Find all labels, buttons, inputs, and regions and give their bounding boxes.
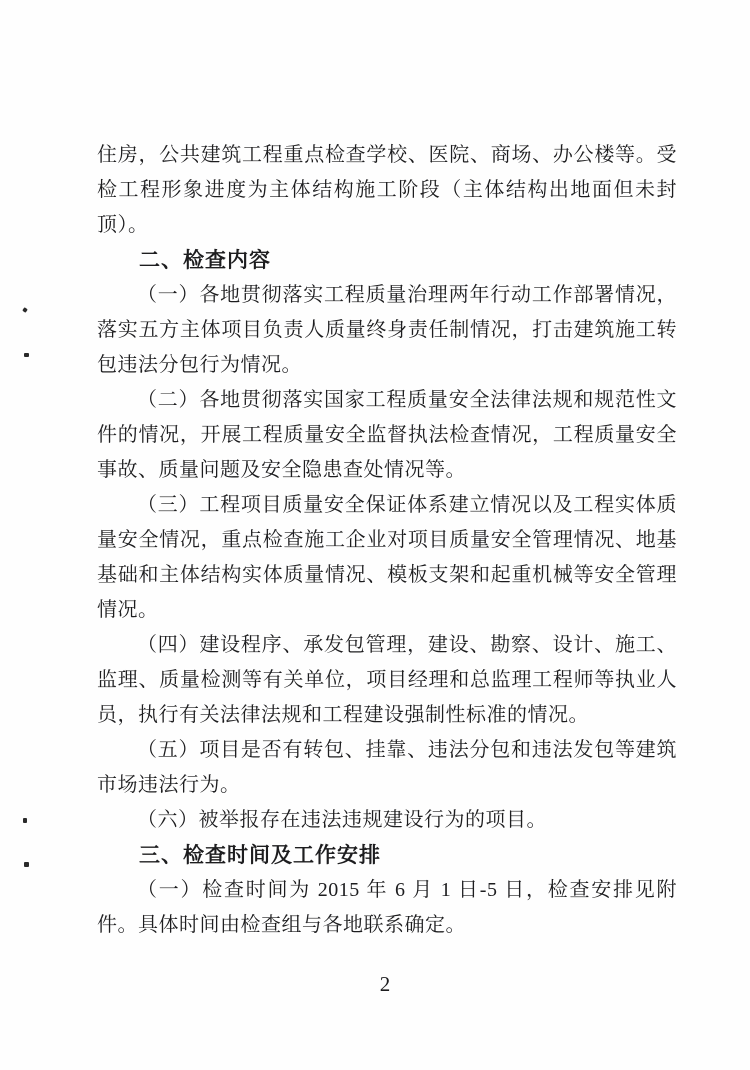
scan-speck-icon [24,353,29,357]
section-heading-inspection-content: 二、检查内容 [97,243,677,278]
page-footer: 2 [0,972,750,997]
body-paragraph-item-6: （六）被举报存在违法违规建设行为的项目。 [97,803,677,838]
body-paragraph-item-2: （二）各地贯彻落实国家工程质量安全法律法规和规范性文件的情况，开展工程质量安全监… [97,383,677,488]
document-text-block: 住房，公共建筑工程重点检查学校、医院、商场、办公楼等。受检工程形象进度为主体结构… [97,138,677,943]
body-paragraph-item-5: （五）项目是否有转包、挂靠、违法分包和违法发包等建筑市场违法行为。 [97,733,677,803]
continuation-paragraph: 住房，公共建筑工程重点检查学校、医院、商场、办公楼等。受检工程形象进度为主体结构… [97,138,677,243]
page-number: 2 [380,972,391,997]
scan-speck-icon [23,818,27,823]
document-page: 住房，公共建筑工程重点检查学校、医院、商场、办公楼等。受检工程形象进度为主体结构… [0,0,750,1070]
body-paragraph-item-1: （一）各地贯彻落实工程质量治理两年行动工作部署情况，落实五方主体项目负责人质量终… [97,278,677,383]
section-heading-inspection-schedule: 三、检查时间及工作安排 [97,838,677,873]
body-paragraph-item-4: （四）建设程序、承发包管理，建设、勘察、设计、施工、监理、质量检测等有关单位，项… [97,628,677,733]
scan-speck-icon [24,862,29,867]
body-paragraph-item-3: （三）工程项目质量安全保证体系建立情况以及工程实体质量安全情况，重点检查施工企业… [97,488,677,628]
body-paragraph-schedule-1: （一）检查时间为 2015 年 6 月 1 日-5 日，检查安排见附件。具体时间… [97,873,677,943]
scan-speck-icon [22,307,28,313]
